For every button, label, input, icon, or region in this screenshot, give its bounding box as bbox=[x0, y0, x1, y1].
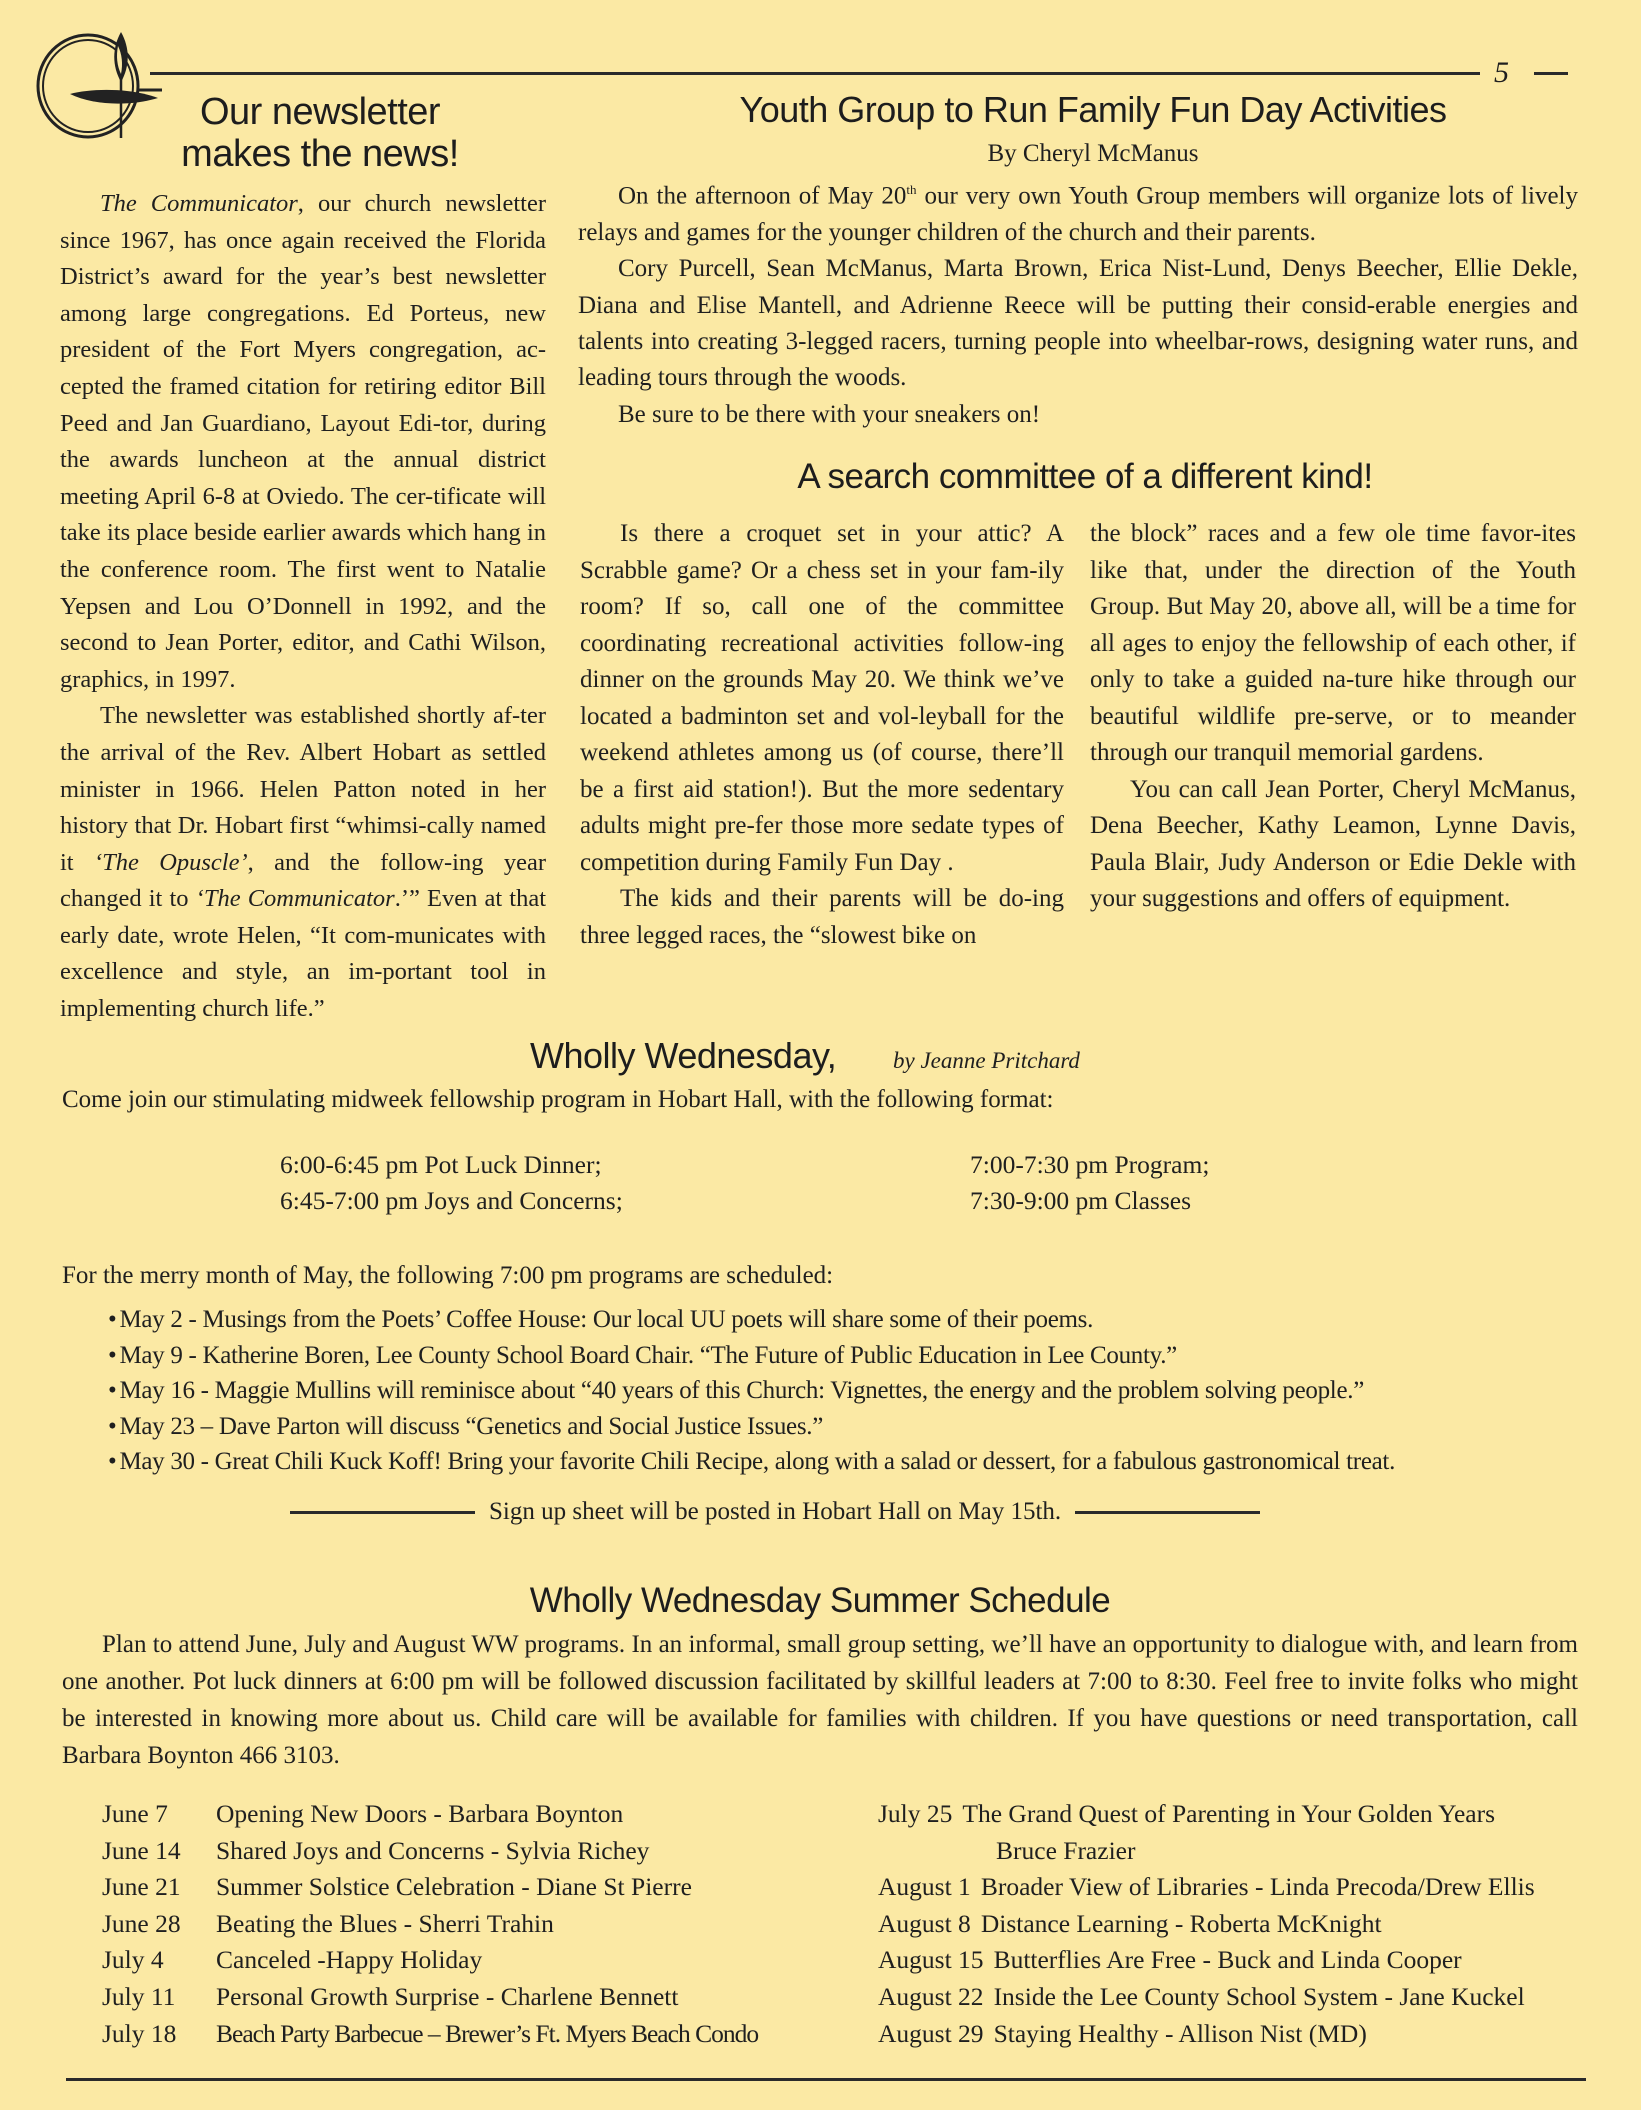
format-item: 7:30-9:00 pm Classes bbox=[970, 1186, 1191, 1216]
youth-article-byline: By Cheryl McManus bbox=[588, 140, 1598, 168]
paragraph-text: On the afternoon of May 20 bbox=[618, 182, 906, 209]
format-item: 6:45-7:00 pm Joys and Concerns; bbox=[280, 1186, 623, 1216]
schedule-event: Summer Solstice Celebration - Diane St P… bbox=[216, 1869, 692, 1906]
list-item: May 30 - Great Chili Kuck Koff! Bring yo… bbox=[108, 1444, 1395, 1480]
divider bbox=[1075, 1511, 1260, 1514]
paragraph: Cory Purcell, Sean McManus, Marta Brown,… bbox=[578, 251, 1578, 397]
divider bbox=[290, 1511, 475, 1514]
schedule-item: August 29Staying Healthy - Allison Nist … bbox=[878, 2016, 1535, 2053]
schedule-date: June 28 bbox=[102, 1906, 216, 1943]
format-item: 6:00-6:45 pm Pot Luck Dinner; bbox=[280, 1150, 602, 1180]
schedule-item: August 1Broader View of Libraries - Lind… bbox=[878, 1869, 1535, 1906]
wholly-wednesday-byline: by Jeanne Pritchard bbox=[893, 1048, 1080, 1074]
youth-article-title: Youth Group to Run Family Fun Day Activi… bbox=[588, 90, 1598, 130]
summer-schedule-left-list: June 7Opening New Doors - Barbara Boynto… bbox=[102, 1796, 758, 2052]
schedule-item: June 7Opening New Doors - Barbara Boynto… bbox=[102, 1796, 758, 1833]
paragraph-text: , our church newsletter since 1967, has … bbox=[60, 190, 546, 693]
page-number: 5 bbox=[1494, 56, 1509, 90]
paragraph: The kids and their parents will be do-in… bbox=[580, 881, 1064, 954]
schedule-item: July 11Personal Growth Surprise - Charle… bbox=[102, 1979, 758, 2016]
schedule-item-continuation: Bruce Frazier bbox=[878, 1833, 1535, 1870]
format-item: 7:00-7:30 pm Program; bbox=[970, 1150, 1209, 1180]
schedule-item: August 8Distance Learning - Roberta McKn… bbox=[878, 1906, 1535, 1943]
publication-name: The Communicator bbox=[100, 190, 298, 217]
schedule-item: July 25The Grand Quest of Parenting in Y… bbox=[878, 1796, 1535, 1833]
schedule-item: June 14Shared Joys and Concerns - Sylvia… bbox=[102, 1833, 758, 1870]
schedule-item: July 4Canceled -Happy Holiday bbox=[102, 1942, 758, 1979]
schedule-event: Beating the Blues - Sherri Trahin bbox=[216, 1906, 554, 1943]
schedule-date: July 18 bbox=[102, 2016, 216, 2053]
schedule-date: August 1 bbox=[878, 1869, 971, 1906]
schedule-date: August 29 bbox=[878, 2016, 984, 2053]
may-programs-intro: For the merry month of May, the followin… bbox=[62, 1262, 833, 1290]
newsletter-article-title: Our newsletter makes the news! bbox=[150, 92, 490, 176]
list-item: May 9 - Katherine Boren, Lee County Scho… bbox=[108, 1338, 1395, 1374]
schedule-event: Broader View of Libraries - Linda Precod… bbox=[981, 1869, 1535, 1906]
search-article-column-1: Is there a croquet set in your attic? A … bbox=[580, 516, 1064, 954]
signup-note-text: Sign up sheet will be posted in Hobart H… bbox=[489, 1498, 1061, 1526]
paragraph: Is there a croquet set in your attic? A … bbox=[580, 516, 1064, 881]
wholly-wednesday-intro: Come join our stimulating midweek fellow… bbox=[62, 1086, 1054, 1114]
youth-article-body: On the afternoon of May 20th our very ow… bbox=[578, 172, 1578, 433]
schedule-item: July 18Beach Party Barbecue – Brewer’s F… bbox=[102, 2016, 758, 2053]
schedule-event: Staying Healthy - Allison Nist (MD) bbox=[994, 2016, 1367, 2053]
schedule-event: Shared Joys and Concerns - Sylvia Richey bbox=[216, 1833, 649, 1870]
wholly-wednesday-title: Wholly Wednesday, bbox=[530, 1036, 836, 1076]
search-article-column-2: the block” races and a few ole time favo… bbox=[1090, 516, 1576, 918]
schedule-date: June 14 bbox=[102, 1833, 216, 1870]
ordinal-suffix: th bbox=[906, 182, 916, 197]
paragraph: The Communicator, our church newsletter … bbox=[60, 186, 546, 698]
schedule-event: Distance Learning - Roberta McKnight bbox=[981, 1906, 1382, 1943]
schedule-date: August 8 bbox=[878, 1906, 971, 1943]
schedule-date: July 4 bbox=[102, 1942, 216, 1979]
paragraph: The newsletter was established shortly a… bbox=[60, 698, 546, 1027]
schedule-date: August 15 bbox=[878, 1942, 984, 1979]
title-line-1: Our newsletter bbox=[150, 92, 490, 134]
schedule-event: Beach Party Barbecue – Brewer’s Ft. Myer… bbox=[216, 2016, 758, 2053]
schedule-date: July 11 bbox=[102, 1979, 216, 2016]
schedule-event: Butterflies Are Free - Buck and Linda Co… bbox=[994, 1942, 1462, 1979]
header-rule bbox=[150, 72, 1480, 75]
schedule-event: Personal Growth Surprise - Charlene Benn… bbox=[216, 1979, 678, 2016]
paragraph: Be sure to be there with your sneakers o… bbox=[578, 397, 1578, 433]
may-programs-list: May 2 - Musings from the Poets’ Coffee H… bbox=[108, 1302, 1395, 1480]
summer-schedule-intro: Plan to attend June, July and August WW … bbox=[62, 1626, 1578, 1774]
schedule-event: Inside the Lee County School System - Ja… bbox=[994, 1979, 1525, 2016]
schedule-date: August 22 bbox=[878, 1979, 984, 2016]
paragraph: You can call Jean Porter, Cheryl McManus… bbox=[1090, 772, 1576, 918]
schedule-event: The Grand Quest of Parenting in Your Gol… bbox=[962, 1796, 1495, 1833]
paragraph: Plan to attend June, July and August WW … bbox=[62, 1626, 1578, 1774]
title-line-2: makes the news! bbox=[150, 134, 490, 176]
page-number-dash bbox=[1534, 72, 1568, 75]
summer-schedule-title: Wholly Wednesday Summer Schedule bbox=[300, 1582, 1340, 1621]
paragraph: On the afternoon of May 20th our very ow… bbox=[578, 172, 1578, 251]
schedule-item: August 15Butterflies Are Free - Buck and… bbox=[878, 1942, 1535, 1979]
signup-note: Sign up sheet will be posted in Hobart H… bbox=[290, 1498, 1360, 1526]
schedule-event: Canceled -Happy Holiday bbox=[216, 1942, 482, 1979]
publication-name: ‘The Communicator bbox=[196, 885, 395, 912]
publication-name: ‘The Opuscle’ bbox=[94, 849, 248, 876]
flaming-chalice-icon bbox=[32, 26, 162, 146]
paragraph: the block” races and a few ole time favo… bbox=[1090, 516, 1576, 772]
schedule-date: June 7 bbox=[102, 1796, 216, 1833]
schedule-date: June 21 bbox=[102, 1869, 216, 1906]
schedule-item: August 22Inside the Lee County School Sy… bbox=[878, 1979, 1535, 2016]
schedule-item: June 28Beating the Blues - Sherri Trahin bbox=[102, 1906, 758, 1943]
summer-schedule-right-list: July 25The Grand Quest of Parenting in Y… bbox=[878, 1796, 1535, 2052]
schedule-event: Opening New Doors - Barbara Boynton bbox=[216, 1796, 623, 1833]
list-item: May 23 – Dave Parton will discuss “Genet… bbox=[108, 1409, 1395, 1445]
footer-rule bbox=[66, 2078, 1586, 2081]
schedule-item: June 21Summer Solstice Celebration - Dia… bbox=[102, 1869, 758, 1906]
search-article-title: A search committee of a different kind! bbox=[580, 458, 1590, 497]
newsletter-article-body: The Communicator, our church newsletter … bbox=[60, 186, 546, 1028]
list-item: May 16 - Maggie Mullins will reminisce a… bbox=[108, 1373, 1395, 1409]
list-item: May 2 - Musings from the Poets’ Coffee H… bbox=[108, 1302, 1395, 1338]
schedule-date: July 25 bbox=[878, 1796, 952, 1833]
